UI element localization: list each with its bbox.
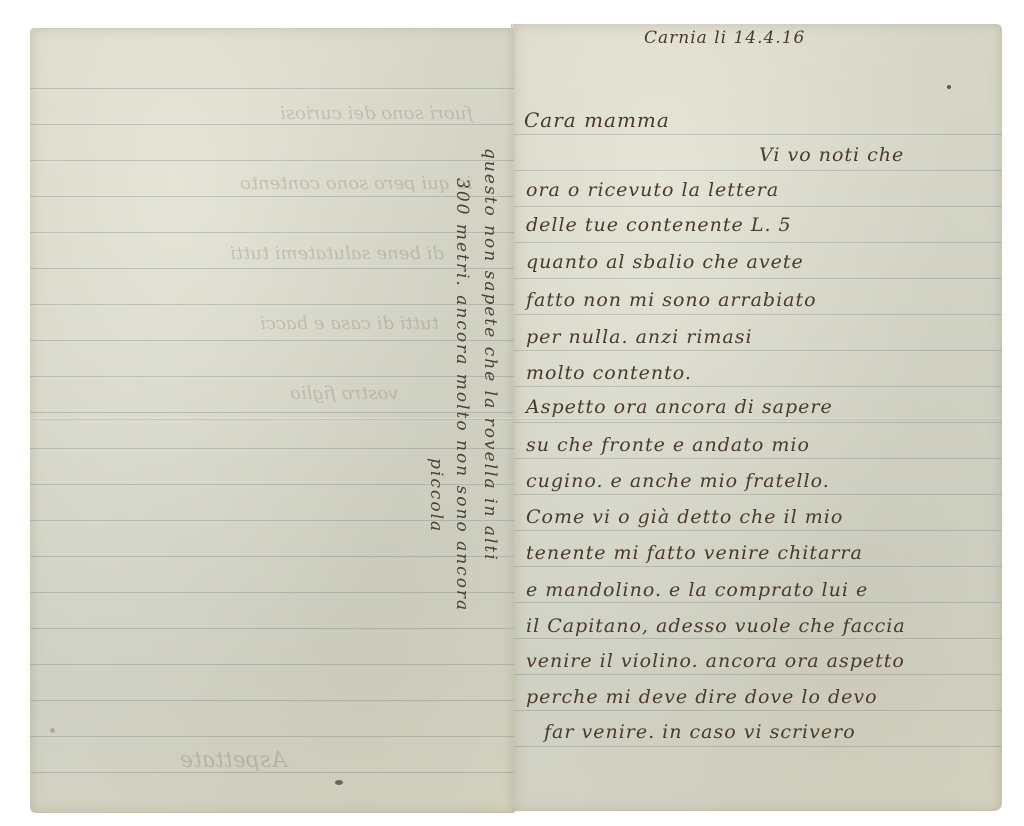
rule-line [514, 602, 1002, 603]
rule-line [30, 556, 514, 557]
letter-line: quanto al sbalio che avete [526, 251, 804, 273]
rule-line [30, 664, 514, 665]
rule-line [514, 170, 1002, 171]
horizontal-fold-crease [30, 418, 514, 420]
rule-line [30, 700, 514, 701]
letter-line: cugino. e anche mio fratello. [526, 470, 830, 492]
rule-line [30, 592, 514, 593]
letter-line: fatto non mi sono arrabiato [526, 289, 817, 311]
bleed-through-text: vostro figlio [290, 383, 399, 404]
rule-line [514, 206, 1002, 207]
rule-line [30, 736, 514, 737]
rule-line [514, 458, 1002, 459]
letter-line: tenente mi fatto venire chitarra [526, 542, 863, 564]
ink-blot [335, 780, 343, 785]
rule-line [514, 242, 1002, 243]
rule-line [30, 448, 514, 449]
rule-line [30, 232, 514, 233]
letter-line: far venire. in caso vi scrivero [544, 721, 856, 743]
rule-line [514, 422, 1002, 423]
rule-line [514, 638, 1002, 639]
rule-line [514, 566, 1002, 567]
rule-line [514, 134, 1002, 135]
rule-line [30, 340, 514, 341]
letter-line: Aspetto ora ancora di sapere [526, 396, 833, 418]
vertical-text-line-3: piccola [426, 458, 446, 533]
letter-line: molto contento. [526, 362, 692, 384]
bleed-through-signature: Aspettate [180, 748, 287, 773]
bleed-through-text: fuori sono dei curiosi [280, 103, 473, 124]
rule-line [30, 376, 514, 377]
rule-line [514, 746, 1002, 747]
letter-line: su che fronte e andato mio [526, 434, 810, 456]
rule-line [514, 530, 1002, 531]
letter-line: perche mi deve dire dove lo devo [526, 686, 878, 708]
rule-line [30, 196, 514, 197]
vertical-text-line-1: questo non sapete che la rovella in alti [480, 148, 500, 562]
horizontal-fold-crease [514, 418, 1002, 420]
left-page: fuori sono dei curiosi io qui pero sono … [30, 28, 514, 813]
rule-line [30, 268, 514, 269]
date-line: Carnia li 14.4.16 [644, 28, 805, 48]
salutation: Cara mamma [524, 108, 670, 132]
vertical-text-line-2: 300 metri. ancora molto non sono ancora [452, 178, 472, 612]
letter-line: Come vi o già detto che il mio [526, 506, 843, 528]
rule-line [514, 710, 1002, 711]
rule-line [30, 304, 514, 305]
rule-line [30, 412, 514, 413]
rule-line [514, 314, 1002, 315]
letter-line: ora o ricevuto la lettera [526, 179, 779, 201]
rule-line [514, 278, 1002, 279]
rule-line [30, 160, 514, 161]
rule-line [514, 494, 1002, 495]
rule-line [30, 124, 514, 125]
rule-line [30, 88, 514, 89]
right-page: Carnia li 14.4.16 Cara mamma Vi vo noti … [514, 24, 1002, 811]
bleed-through-text: tutti di casa e bacci [260, 313, 439, 334]
letter-line: il Capitano, adesso vuole che faccia [526, 615, 906, 637]
rule-line [30, 628, 514, 629]
rule-line [514, 350, 1002, 351]
letter-line: delle tue contenente L. 5 [526, 214, 792, 236]
bleed-through-text: di bene salutatemi tutti [230, 243, 444, 264]
letter-line: Vi vo noti che [759, 144, 904, 166]
paper-stain [50, 728, 55, 733]
letter-line: per nulla. anzi rimasi [526, 326, 753, 348]
bleed-through-text: io qui pero sono contento [240, 173, 473, 194]
letter-line: venire il violino. ancora ora aspetto [526, 650, 905, 672]
letter-line: e mandolino. e la comprato lui e [526, 579, 868, 601]
rule-line [514, 674, 1002, 675]
ink-dot [947, 85, 951, 89]
rule-line [514, 386, 1002, 387]
